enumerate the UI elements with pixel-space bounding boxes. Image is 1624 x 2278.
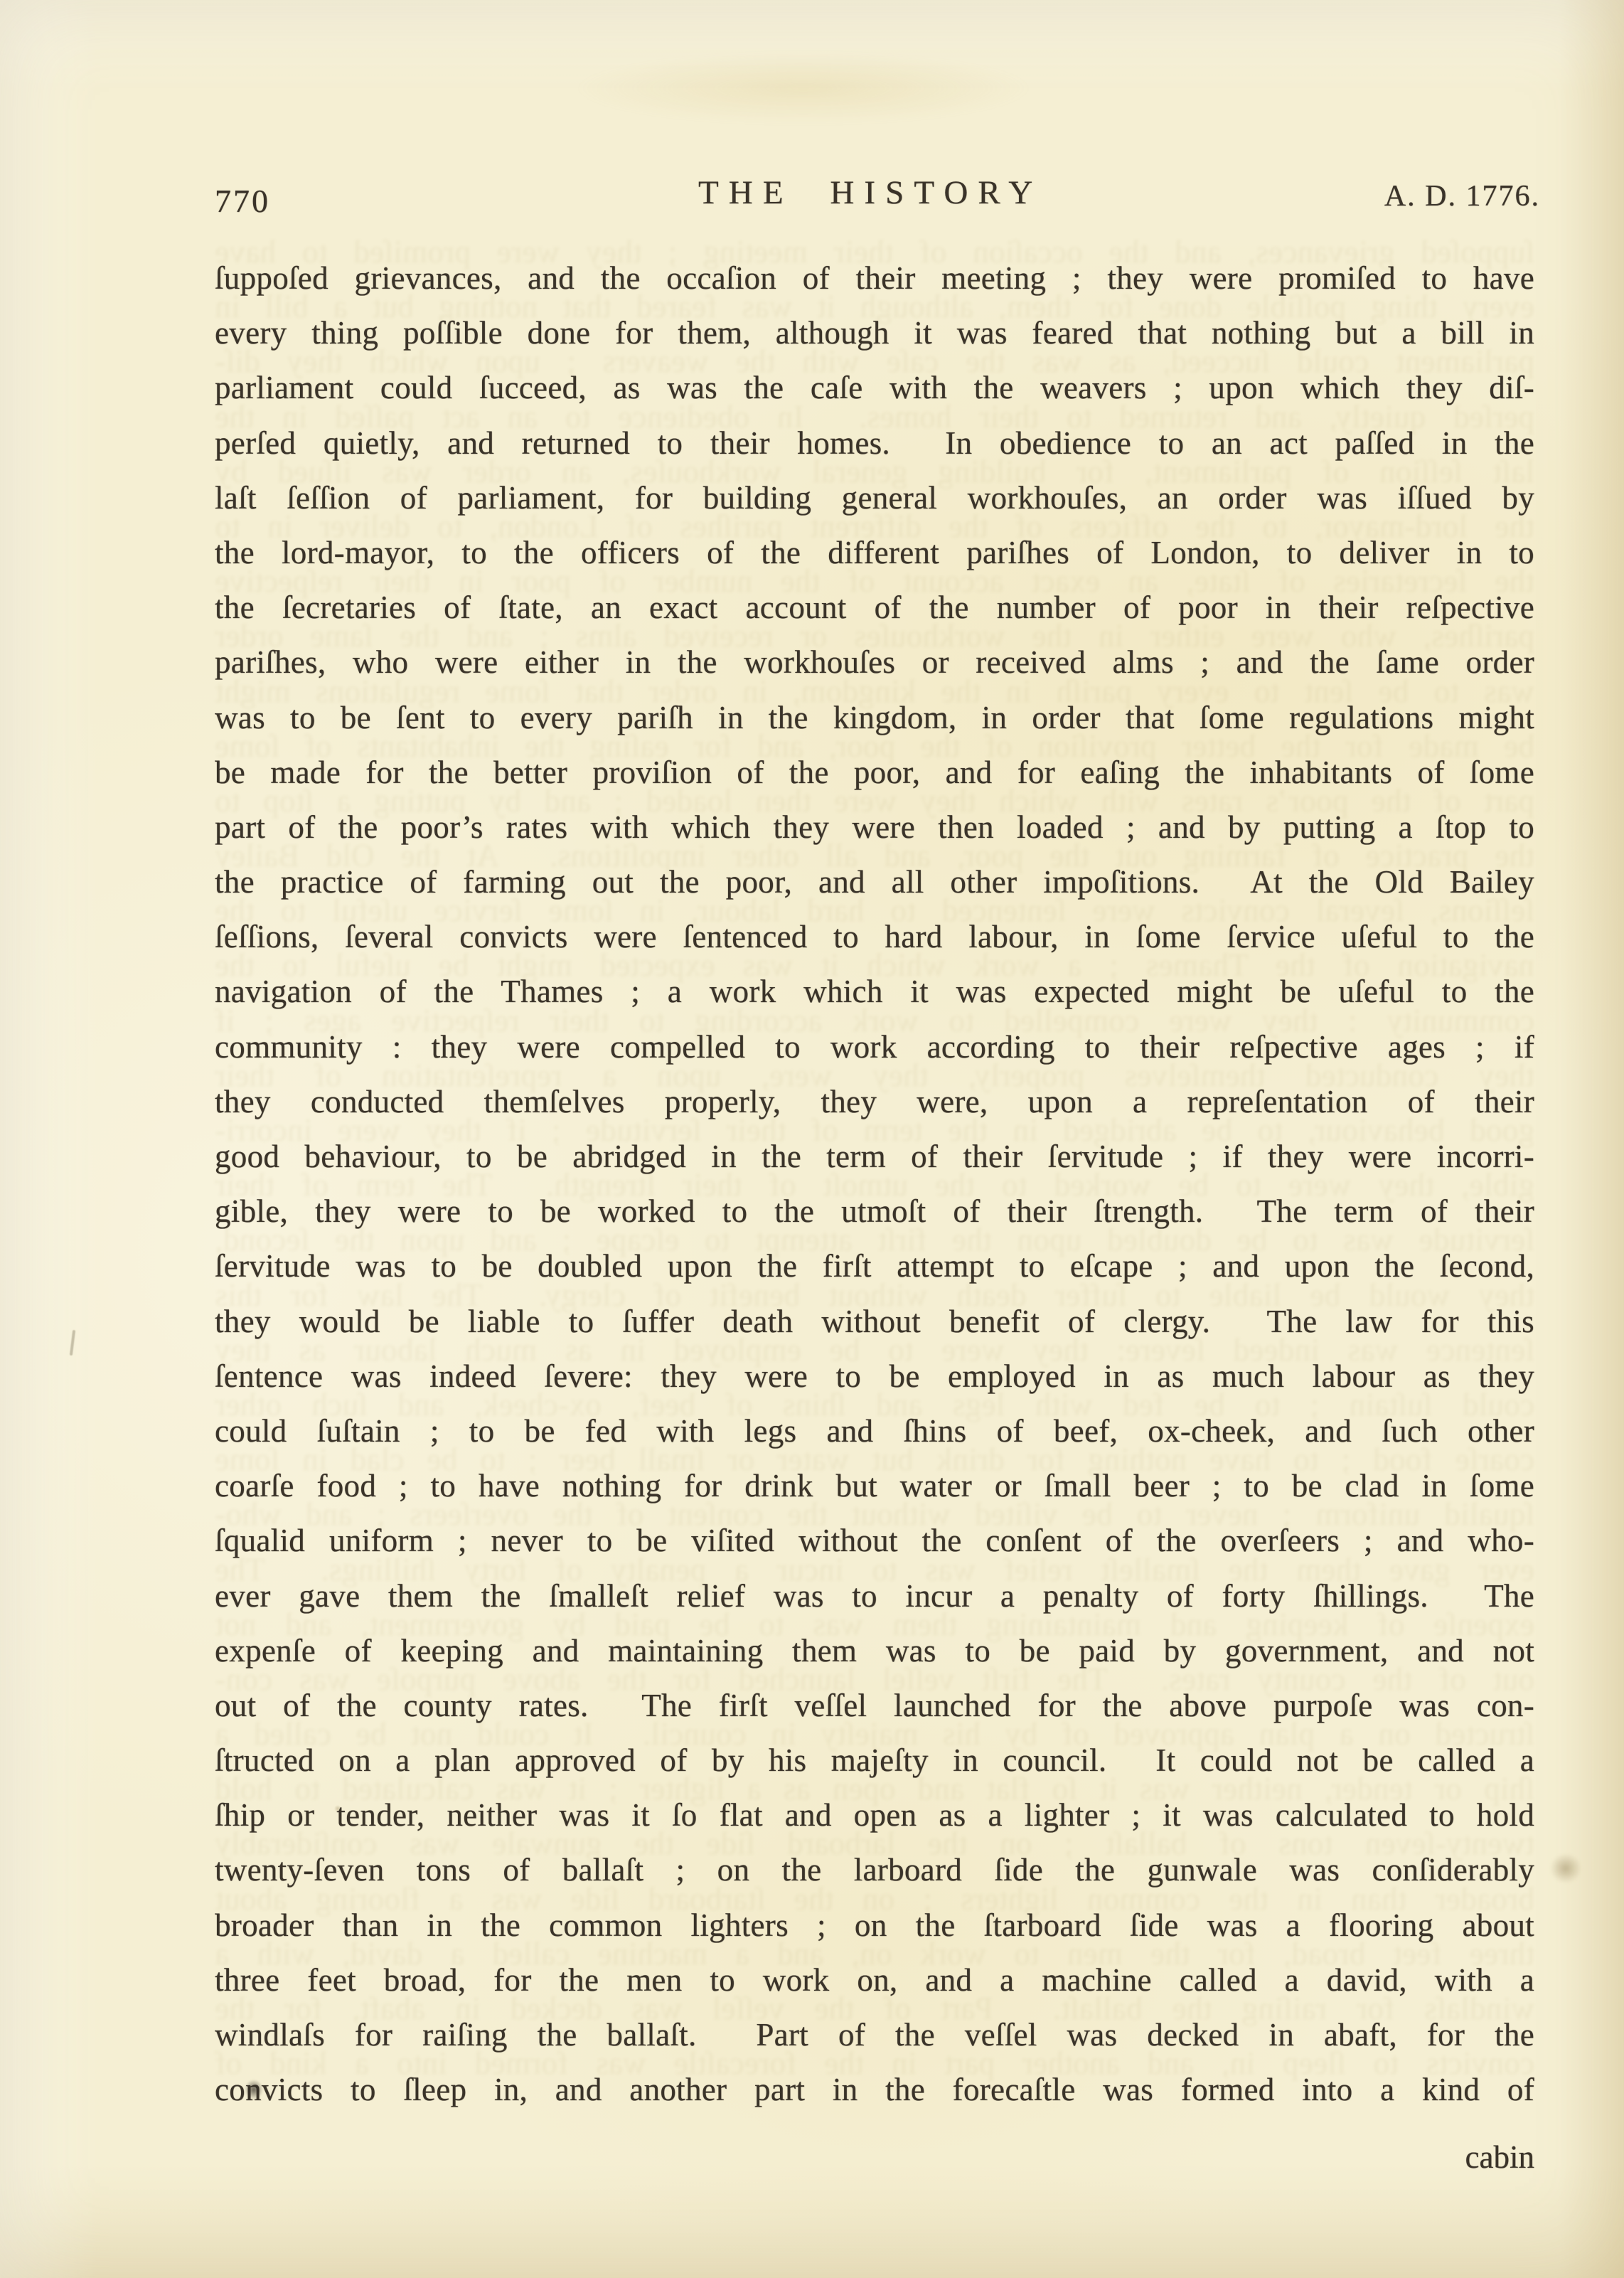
text-line: ſentence was indeed ſevere: they were to… — [215, 1349, 1534, 1404]
page-number: 770 — [215, 182, 270, 220]
text-line: every thing poſſible done for them, alth… — [215, 306, 1534, 361]
text-line: good behaviour, to be abridged in the te… — [215, 1129, 1534, 1184]
text-line: the ſecretaries of ſtate, an exact accou… — [215, 580, 1534, 635]
text-line: laſt ſeſſion of parliament, for building… — [215, 471, 1534, 526]
text-line: pariſhes, who were either in the workhou… — [215, 635, 1534, 690]
body-lines: ſuppoſed grievances, and the occaſion of… — [215, 251, 1534, 2117]
text-line: ſhip or tender, neither was it ſo flat a… — [215, 1788, 1534, 1843]
text-line: twenty-ſeven tons of ballaſt ; on the la… — [215, 1843, 1534, 1898]
text-line: windlaſs for raiſing the ballaſt. Part o… — [215, 2008, 1534, 2063]
margin-mark — [70, 1330, 75, 1356]
catchword: cabin — [215, 2130, 1534, 2185]
text-line: broader than in the common lighters ; on… — [215, 1898, 1534, 1953]
running-title: THE HISTORY — [698, 174, 1042, 212]
text-line: out of the county rates. The firſt veſſe… — [215, 1678, 1534, 1733]
text-line: ſervitude was to be doubled upon the fir… — [215, 1239, 1534, 1294]
text-line: was to be ſent to every pariſh in the ki… — [215, 691, 1534, 745]
body-text: ſuppoſed grievances, and the occaſion of… — [215, 251, 1534, 2186]
text-line: part of the poor’s rates with which they… — [215, 800, 1534, 855]
text-line: they conducted themſelves properly, they… — [215, 1075, 1534, 1129]
text-line: they would be liable to ſuffer death wit… — [215, 1294, 1534, 1349]
text-line: navigation of the Thames ; a work which … — [215, 964, 1534, 1019]
text-line: parliament could ſucceed, as was the caſ… — [215, 361, 1534, 415]
text-line: community : they were compelled to work … — [215, 1020, 1534, 1075]
text-line: ſeſſions, ſeveral convicts were ſentence… — [215, 910, 1534, 964]
text-line: ever gave them the ſmalleſt relief was t… — [215, 1569, 1534, 1624]
text-line: ſuppoſed grievances, and the occaſion of… — [215, 251, 1534, 306]
text-line: gible, they were to be worked to the utm… — [215, 1184, 1534, 1239]
text-line: three feet broad, for the men to work on… — [215, 1953, 1534, 2008]
text-line: the practice of farming out the poor, an… — [215, 855, 1534, 910]
text-line: coarſe food ; to have nothing for drink … — [215, 1459, 1534, 1513]
text-line: ſqualid uniform ; never to be viſited wi… — [215, 1513, 1534, 1568]
text-line: convicts to ſleep in, and another part i… — [215, 2063, 1534, 2117]
date-annotation: A. D. 1776. — [1384, 179, 1540, 213]
text-line: could ſuſtain ; to be fed with legs and … — [215, 1404, 1534, 1459]
book-page: 770 THE HISTORY A. D. 1776. ſuppoſed gri… — [0, 0, 1624, 2278]
text-line: perſed quietly, and returned to their ho… — [215, 416, 1534, 471]
text-line: be made for the better proviſion of the … — [215, 745, 1534, 800]
text-line: ſtructed on a plan approved of by his ma… — [215, 1733, 1534, 1788]
paper-speck — [1550, 1853, 1581, 1883]
text-line: the lord-mayor, to the officers of the d… — [215, 526, 1534, 580]
text-line: expenſe of keeping and maintaining them … — [215, 1624, 1534, 1678]
paper-stain — [576, 53, 1031, 124]
